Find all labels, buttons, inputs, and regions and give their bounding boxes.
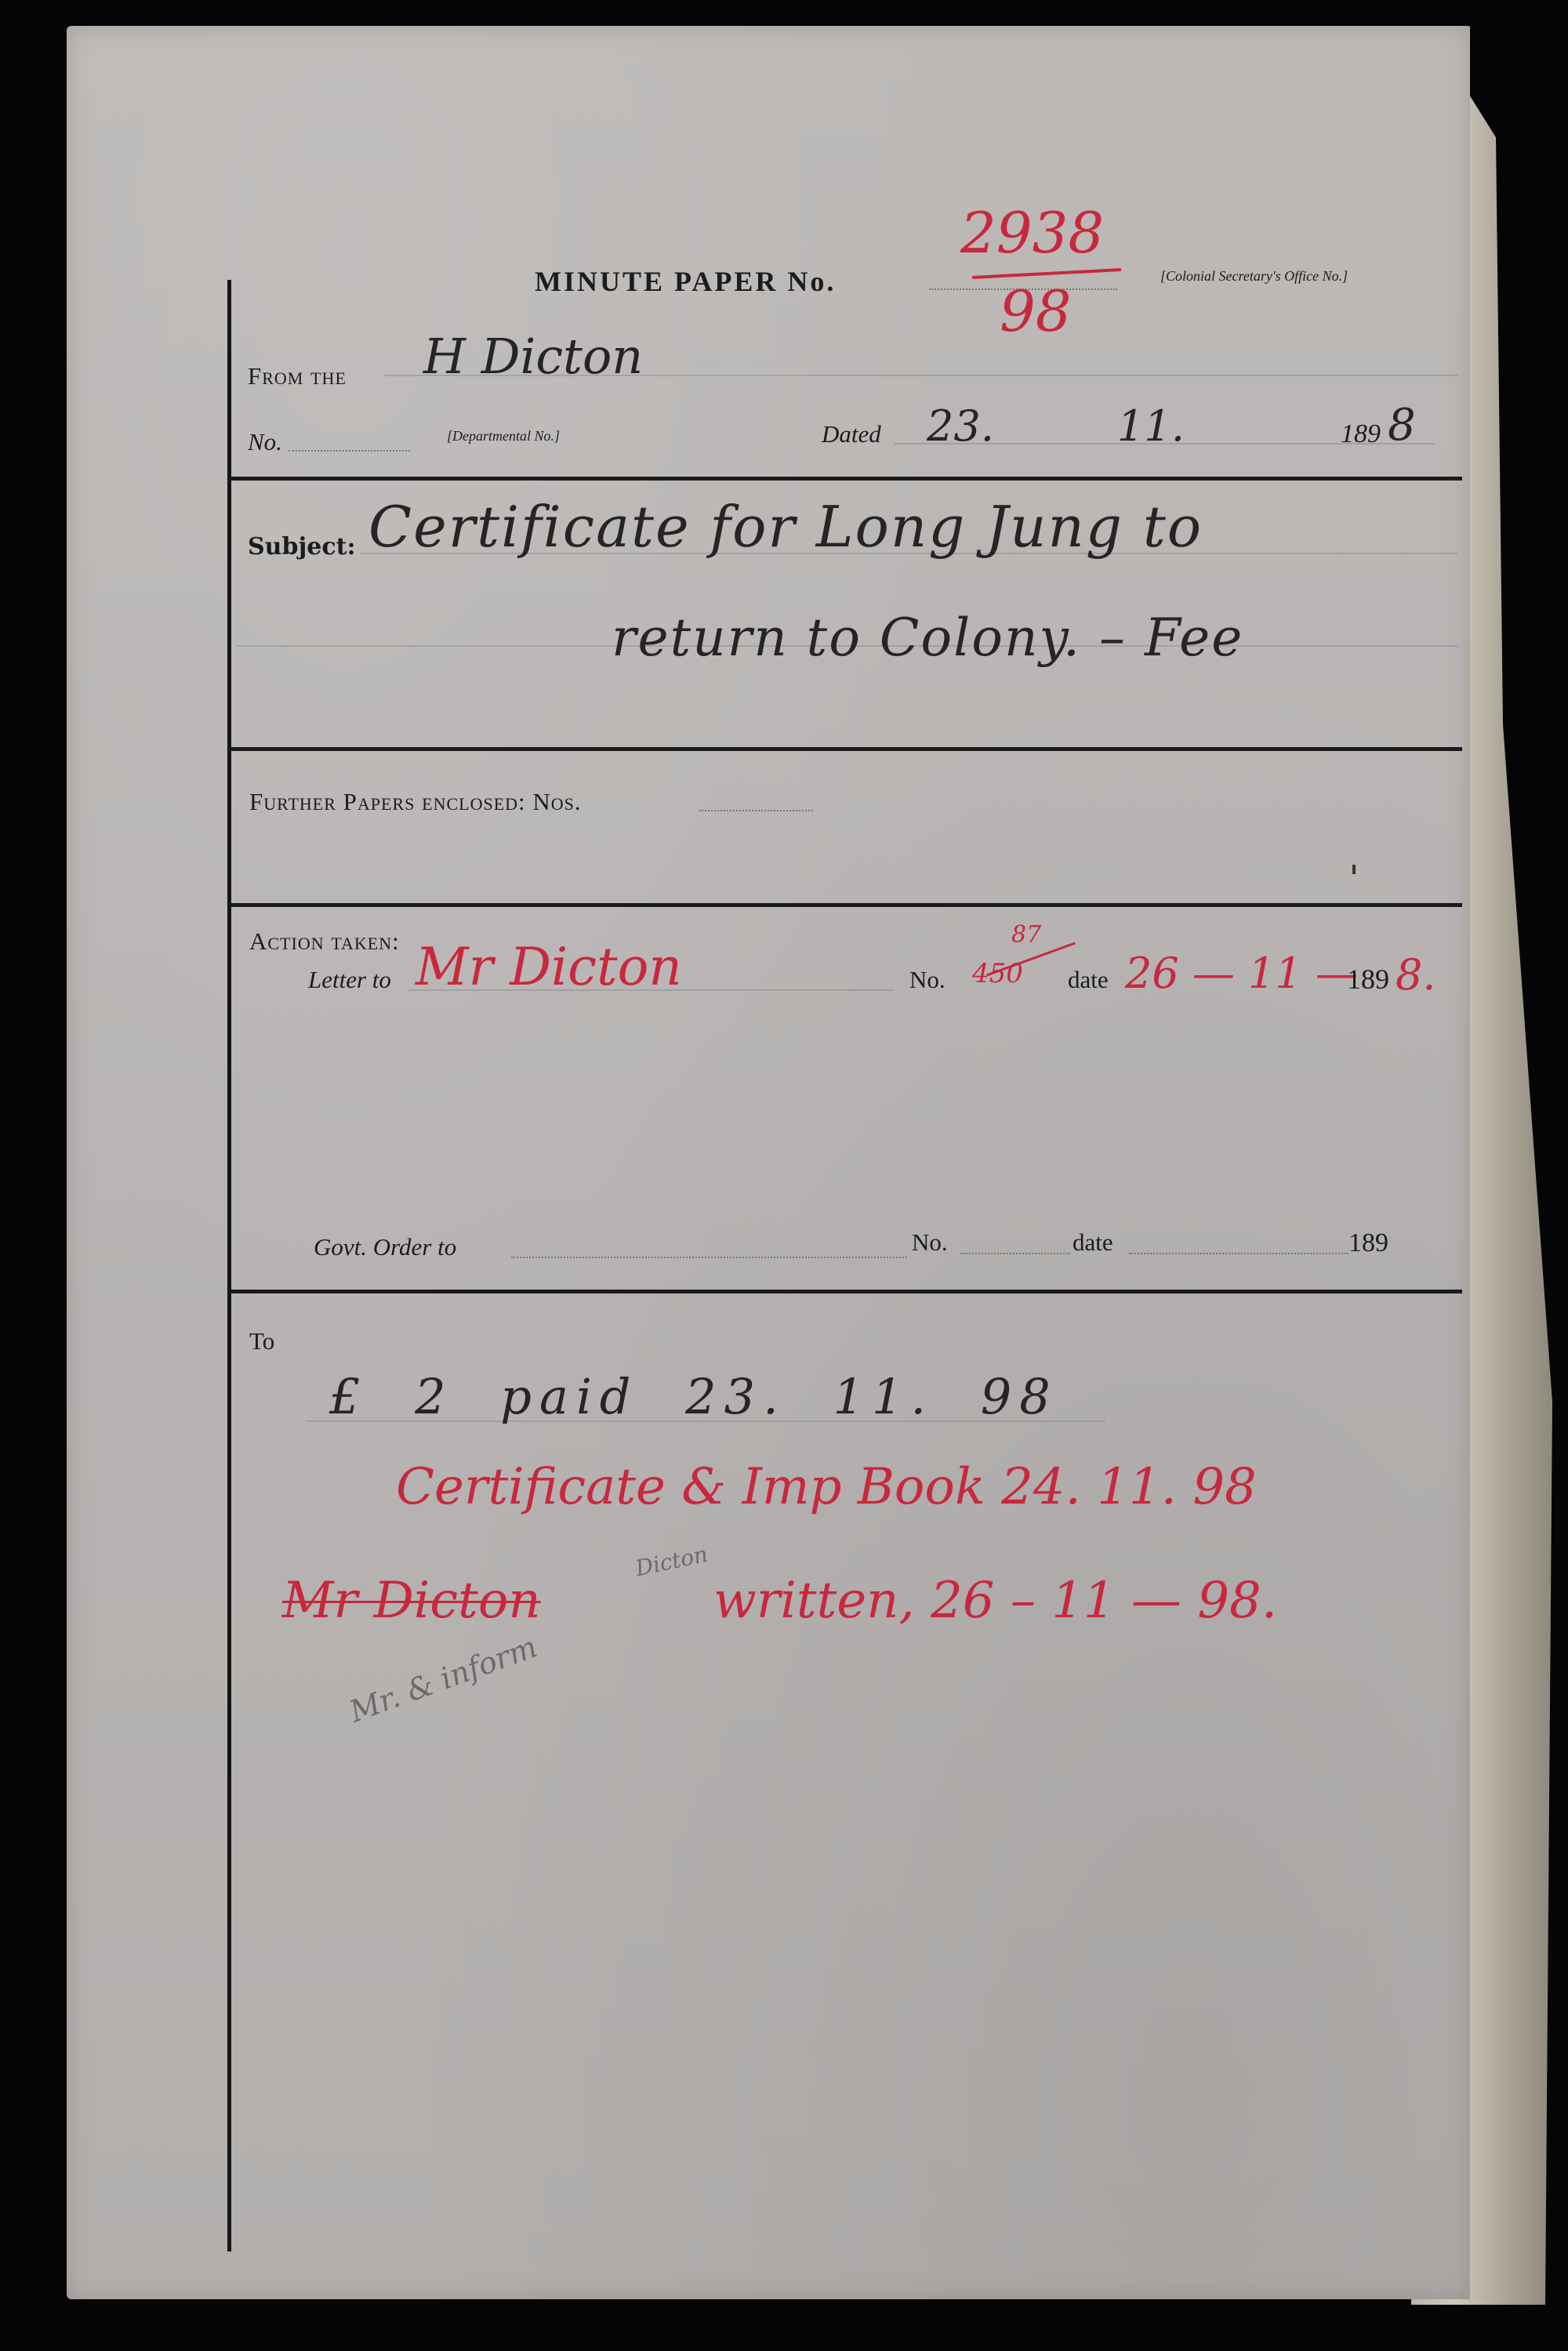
departmental-note: [Departmental No.] — [447, 428, 560, 444]
action-taken-label: Action taken: — [249, 927, 400, 956]
action-year-prefix: 189 — [1347, 963, 1389, 996]
govt-order-label: Govt. Order to — [314, 1233, 456, 1261]
dated-year-suffix: 8 — [1388, 400, 1416, 451]
govt-date-label: date — [1073, 1228, 1113, 1257]
action-no-bottom: 450 — [972, 958, 1023, 989]
action-no-top: 87 — [1011, 921, 1041, 949]
paper-speck — [1352, 865, 1356, 874]
rule-below-further-papers — [229, 903, 1462, 907]
govt-order-line — [511, 1257, 907, 1258]
departmental-no-label: No. — [248, 428, 282, 456]
further-papers-line — [699, 810, 813, 811]
from-value: H Dicton — [423, 328, 643, 385]
letter-to-value: Mr Dicton — [416, 937, 682, 997]
govt-date-line — [1129, 1253, 1348, 1254]
dated-day: 23. — [927, 401, 994, 451]
action-year-suffix: 8. — [1396, 950, 1436, 1000]
govt-year-prefix: 189 — [1348, 1228, 1388, 1258]
rule-below-action-taken — [229, 1290, 1462, 1293]
action-date-label: date — [1068, 966, 1109, 994]
govt-no-line — [960, 1253, 1070, 1254]
further-papers-label: Further Papers enclosed: Nos. — [249, 788, 582, 816]
govt-no-label: No. — [912, 1228, 948, 1257]
departmental-no-line — [289, 450, 410, 452]
form-title: MINUTE PAPER No. — [535, 265, 836, 298]
rule-below-subject — [229, 747, 1462, 751]
dated-label: Dated — [822, 420, 881, 448]
action-date-value: 26 — 11 — — [1125, 949, 1358, 998]
left-margin-rule — [227, 280, 231, 2251]
subject-label: Subject: — [248, 533, 356, 561]
rule-below-header — [229, 477, 1462, 481]
paper-year: 98 — [1000, 278, 1072, 344]
note-fee-paid: £ 2 paid 23. 11. 98 — [329, 1368, 1058, 1425]
dated-month: 11. — [1117, 401, 1185, 451]
subject-line-2-text: return to Colony. – Fee — [612, 608, 1243, 668]
note-certificate-book: Certificate & Imp Book 24. 11. 98 — [396, 1458, 1257, 1516]
from-label: From the — [248, 362, 347, 390]
subject-line-1-text: Certificate for Long Jung to — [368, 494, 1203, 560]
dated-year-prefix: 189 — [1341, 419, 1381, 449]
letter-to-label: Letter to — [308, 966, 391, 994]
note-written-date: written, 26 – 11 — 98. — [713, 1572, 1277, 1630]
action-no-label: No. — [909, 966, 946, 994]
office-note: [Colonial Secretary's Office No.] — [1160, 268, 1348, 285]
to-label: To — [249, 1327, 274, 1355]
paper-number: 2938 — [960, 200, 1104, 266]
note-struck-addressee: Mr Dicton — [282, 1572, 541, 1630]
